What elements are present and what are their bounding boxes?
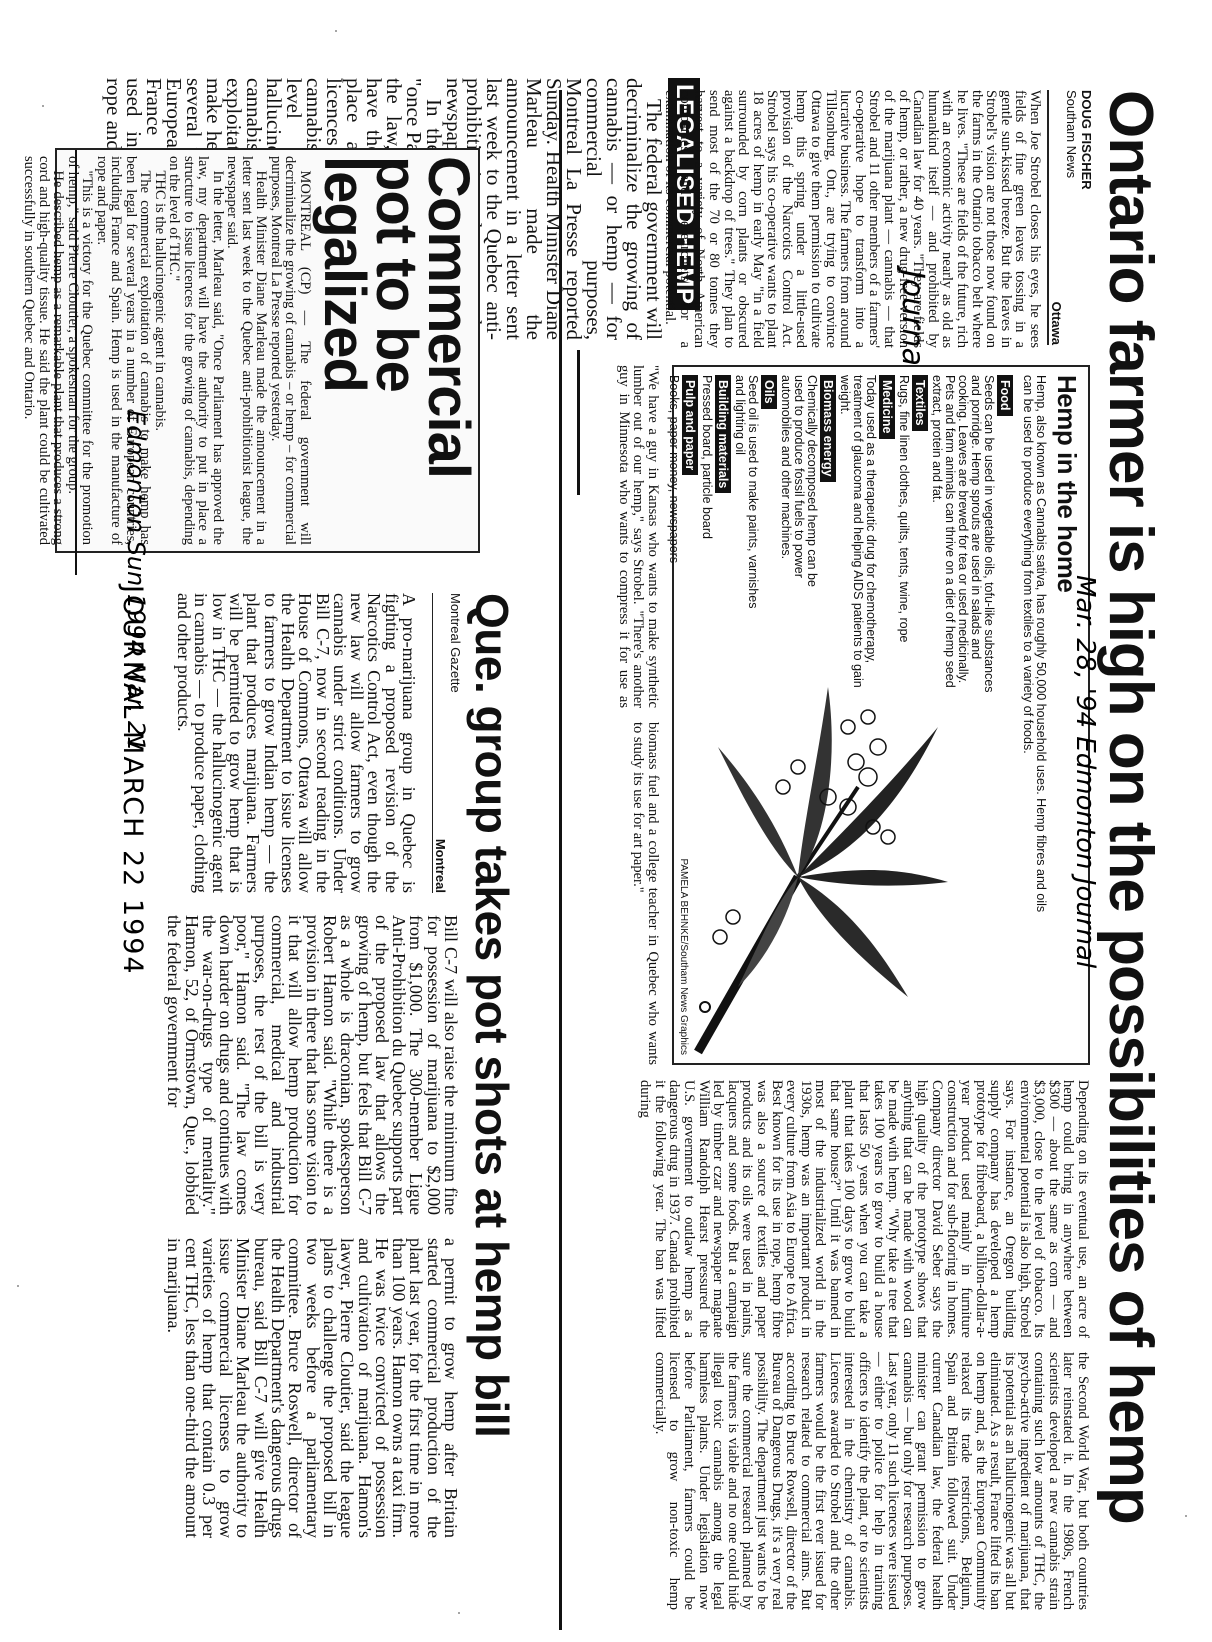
category-label-textiles: Textiles	[912, 375, 928, 431]
category-text: Today used as a therapeutic drug for che…	[838, 375, 877, 705]
article-body: MONTREAL (CP) — The federal government w…	[22, 156, 312, 545]
clipping-commercial-pot: Commercial pot to be legalized MONTREAL …	[55, 148, 480, 553]
headline: Que. group takes pot shots at hemp bill	[469, 593, 515, 1593]
news-agency: Southam News	[1064, 90, 1079, 345]
scan-speck	[230, 130, 232, 132]
category-label-food: Food	[997, 375, 1013, 416]
scan-speck	[335, 30, 337, 32]
scan-speck	[17, 1285, 19, 1287]
dateline: Ottawa	[1049, 90, 1064, 345]
category-label-pulp-and-paper: Pulp and paper	[682, 375, 698, 475]
category-text: Books, paper money, newspapers	[667, 375, 680, 610]
handwritten-source-note: Mar. 28, '94 Edmonton Journal	[1070, 575, 1100, 968]
paragraph: He described hemp as a remarkable plant …	[22, 156, 66, 545]
clipping-ontario-farmer: Ontario farmer is high on the possibilit…	[510, 90, 1160, 1630]
paragraph: MONTREAL (CP) — The federal government w…	[269, 156, 313, 545]
clipping-edge-rule	[75, 150, 77, 575]
category-label-medicine: Medicine	[879, 375, 895, 439]
paragraph: "This is a victory for the Quebec commit…	[66, 156, 95, 545]
article-column-3: a permit to grow hemp after Britain star…	[99, 1238, 459, 1538]
category-text: Seed oil is used to make paints, varnish…	[733, 375, 759, 610]
paragraph: Health Minister Diane Marleau made the a…	[225, 156, 269, 545]
scan-speck	[1185, 1515, 1187, 1517]
hemp-plant-illustration-icon	[683, 667, 948, 1057]
article-column-1: When Joe Strobel closes his eyes, he see…	[572, 90, 1042, 348]
infobox-hemp-in-the-home: Hemp in the home Hemp, also known as Can…	[672, 365, 1090, 1065]
graphic-credit: PAMELA BEHNKE/Southam News Graphics	[678, 858, 689, 1055]
category-label-biomass-energy: Biomass energy	[820, 375, 836, 482]
scan-speck	[458, 1612, 460, 1614]
dateline: Montreal	[433, 593, 448, 893]
infobox-intro: Hemp, also known as Cannabis sativa, has…	[1021, 375, 1047, 935]
category-text: Chemically decomposed hemp can be used t…	[779, 375, 818, 610]
source-block: Montreal Gazette Montreal	[432, 593, 463, 893]
article-column-2: "We have a guy in Kansas who wants to ma…	[570, 365, 660, 1065]
handwritten-source-note: JOURNAL MARCH 22 1994	[117, 585, 148, 976]
paragraph: THC is the hallucinogenic agent in canna…	[153, 156, 168, 545]
source-publication: Montreal Gazette	[448, 593, 463, 893]
article-column-2: Bill C-7 will also raise the minimum fin…	[99, 915, 459, 1215]
category-text: Rugs, fine linen clothes, quilts, tents,…	[897, 375, 910, 705]
article-column-3: Depending on its eventual use, an acre o…	[570, 1080, 1090, 1338]
headline: Commercial pot to be legalized	[318, 156, 474, 545]
category-label-oils: Oils	[761, 375, 777, 409]
clipping-bottom-rule	[559, 90, 562, 1630]
byline-block: DOUG FISCHER Southam News Ottawa	[1047, 90, 1094, 345]
category-text: Seeds can be used in vegetable oils, tof…	[930, 375, 995, 705]
category-text: Pressed board, particle board	[700, 375, 713, 610]
paragraph: In the letter, Marleau said, "Once Parli…	[167, 156, 225, 545]
headline: Ontario farmer is high on the possibilit…	[1100, 90, 1160, 1630]
category-label-building-materials: Building materials	[715, 375, 731, 493]
article-column-4: the Second World War, but both countries…	[570, 1352, 1090, 1610]
byline: DOUG FISCHER	[1079, 90, 1094, 345]
scan-speck	[42, 105, 44, 107]
